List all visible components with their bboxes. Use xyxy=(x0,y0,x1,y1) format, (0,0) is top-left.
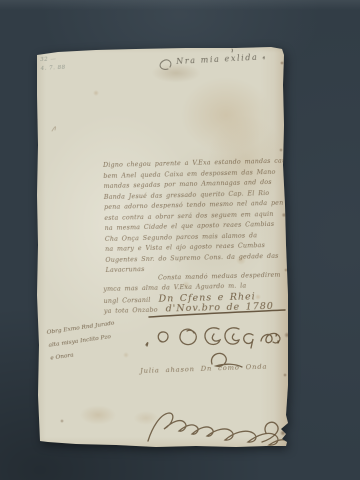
signature-flourish xyxy=(148,413,287,445)
manuscript-line-flourish: d'Nov.bro de 1780 xyxy=(158,301,274,315)
marginal-note: Obrg Exmo Rnd Jurado alta misya Inclito … xyxy=(46,313,150,366)
pencil-annotation: 32 — 4. 7. 88 xyxy=(40,55,66,74)
paper-shadow-wrap: 32 — 4. 7. 88 Nra mia exlida Digno chego… xyxy=(0,0,360,480)
manuscript-line-start: ya tota Onzabo xyxy=(104,306,158,314)
postscript-line: Julia ahason Dn como Onda xyxy=(140,362,290,375)
document-paper: 32 — 4. 7. 88 Nra mia exlida Digno chego… xyxy=(36,45,288,449)
docket-heading: Nra mia exlida xyxy=(176,53,259,66)
rubric-flourish xyxy=(146,328,280,367)
edge-curl-mark xyxy=(52,127,56,131)
manuscript-paragraph-2: Consta mandó meduas despedirem ymca mas … xyxy=(103,272,288,315)
pencil-line: 4. 7. 88 xyxy=(40,64,65,74)
photo-background: 32 — 4. 7. 88 Nra mia exlida Digno chego… xyxy=(0,0,360,480)
manuscript-paragraph-1: Digno chegou parente a V.Exa estando man… xyxy=(103,158,290,278)
